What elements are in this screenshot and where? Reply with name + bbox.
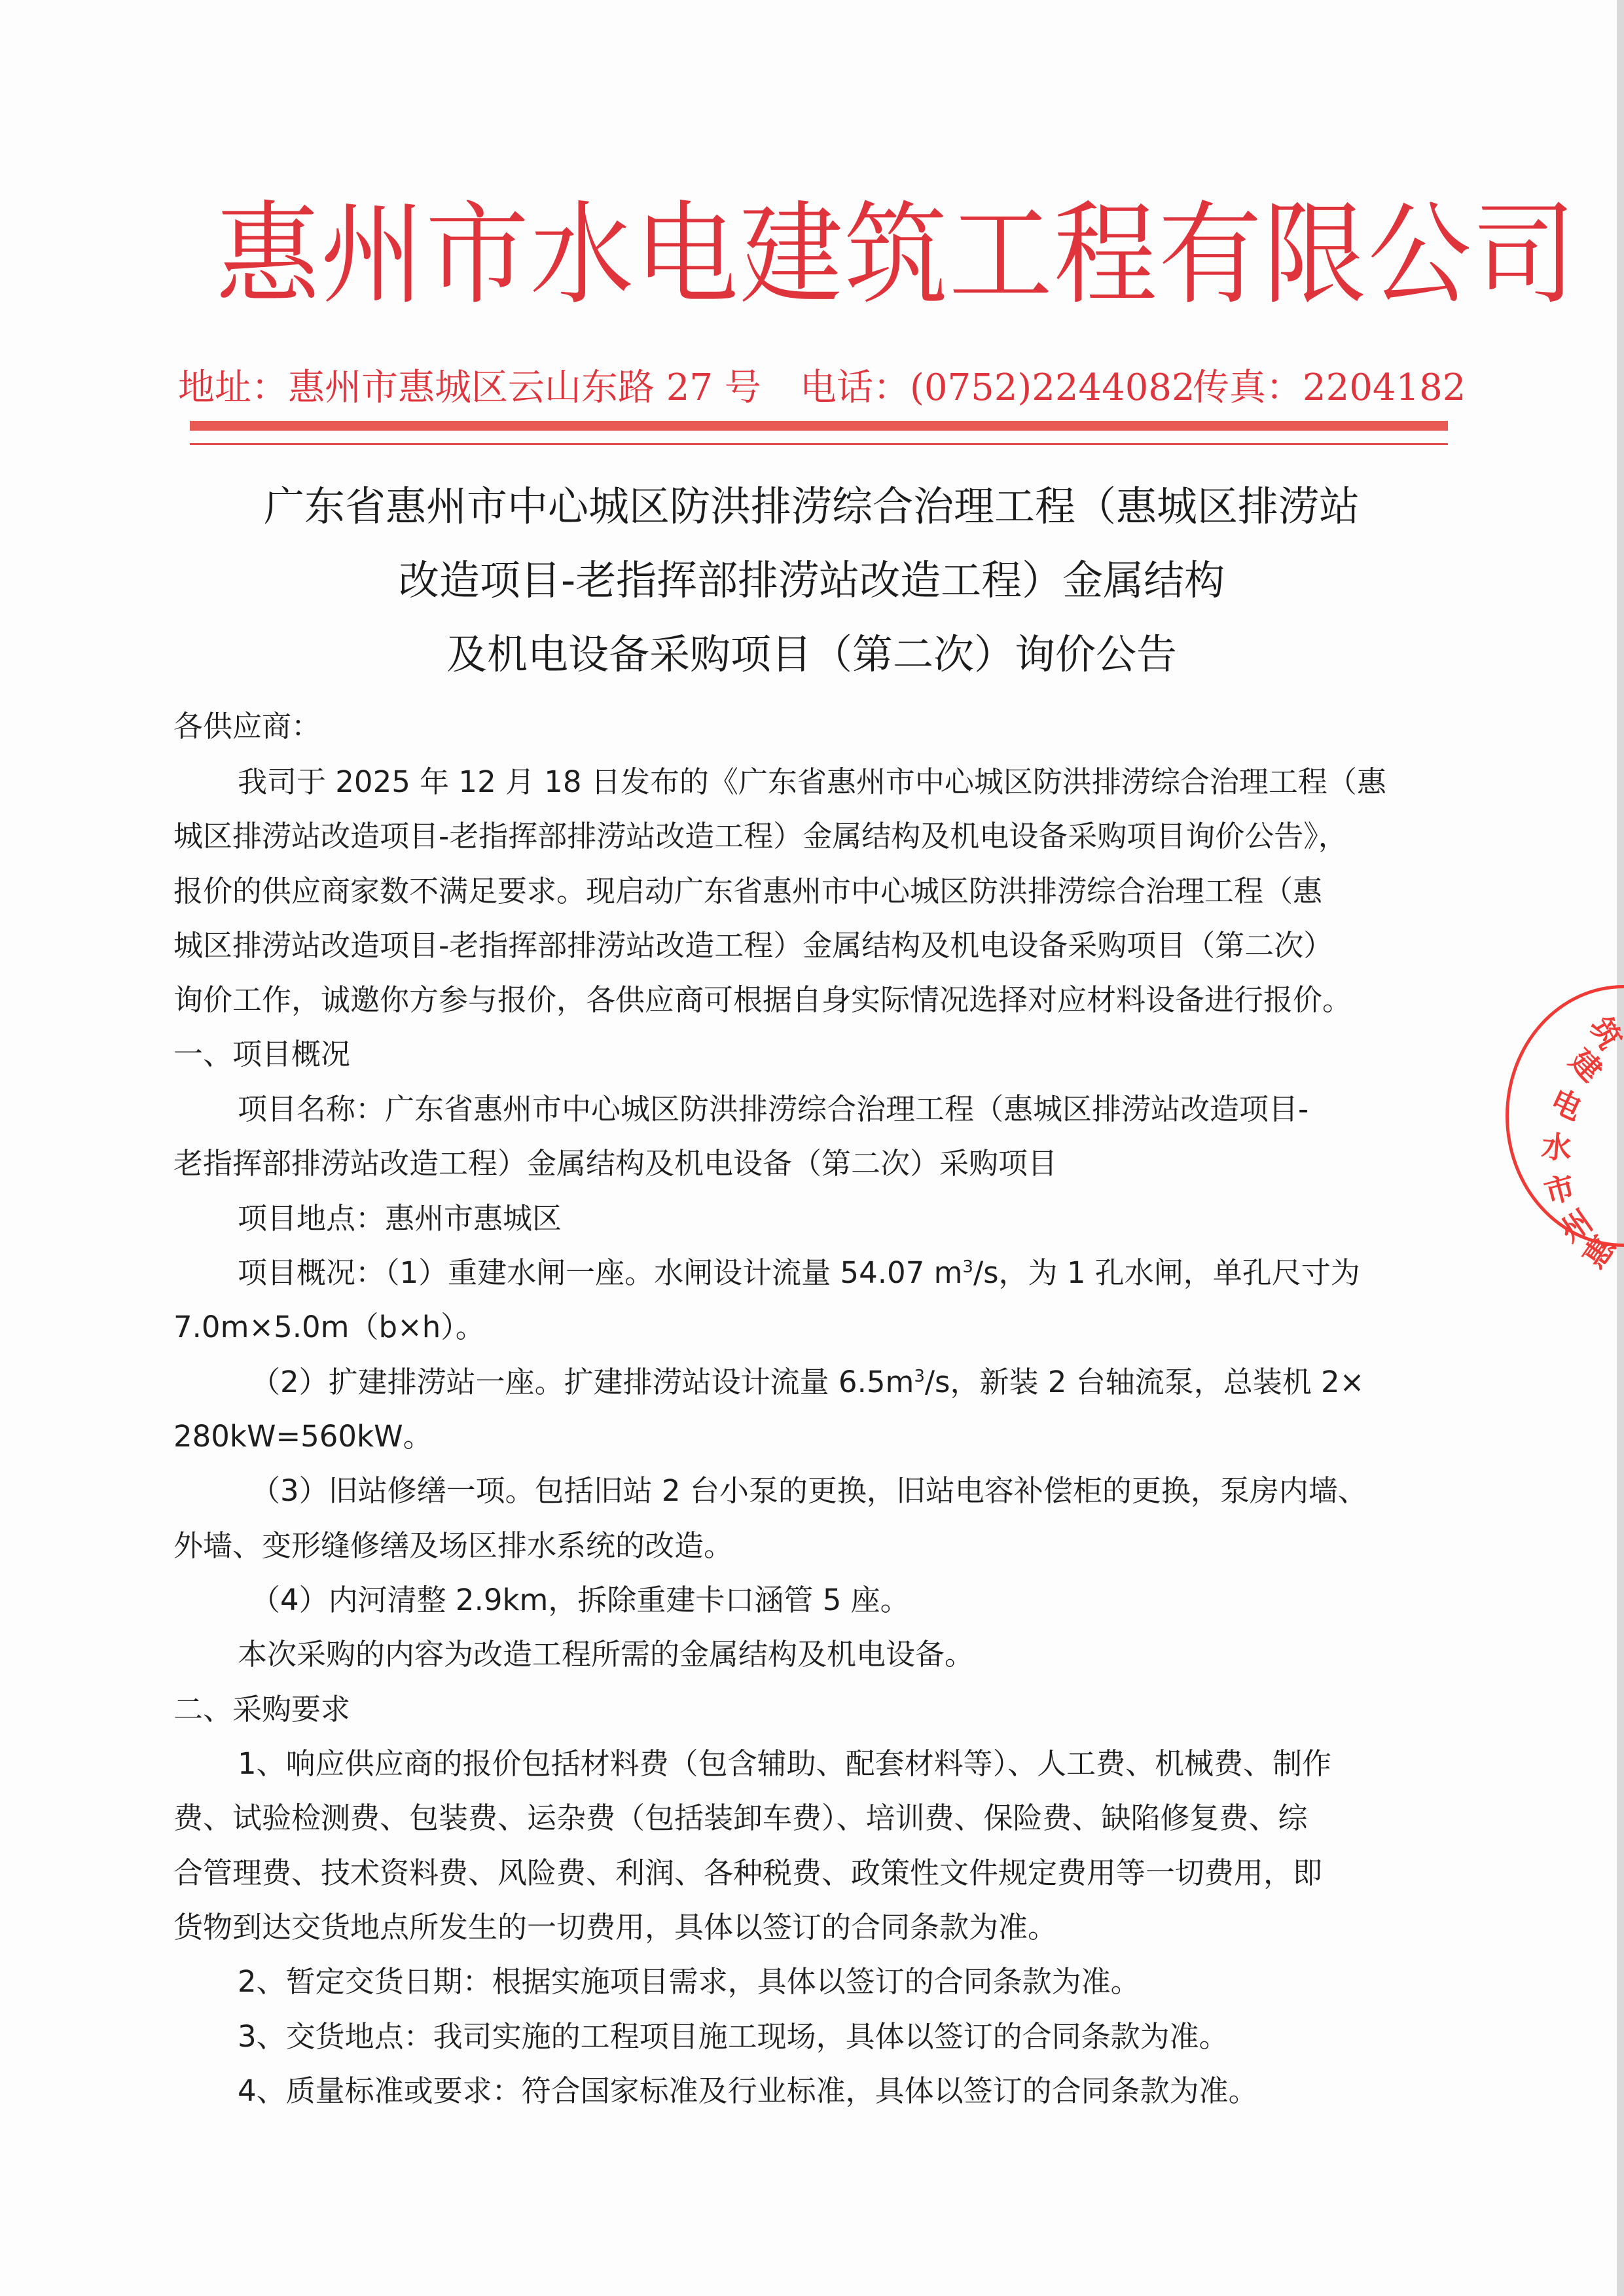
project-overview-1: 项目概况：（1）重建水闸一座。水闸设计流量 54.07 m3/s，为 1 孔水闸…: [173, 1250, 1456, 1296]
project-overview-4: （4）内河清整 2.9km，拆除重建卡口涵管 5 座。: [173, 1577, 1456, 1623]
project-overview-2-cont: 280kW=560kW。: [173, 1414, 1456, 1460]
superscript: 3: [914, 1367, 925, 1386]
superscript: 3: [962, 1257, 973, 1277]
section-heading-requirements: 二、采购要求: [173, 1687, 1456, 1732]
section-heading-overview: 一、项目概况: [173, 1031, 1456, 1077]
seal-char: 电: [1545, 1082, 1587, 1128]
overview-text: /s，新装 2 台轴流泵，总装机 2×: [925, 1365, 1365, 1399]
document-title-line-2: 改造项目-老指挥部排涝站改造工程）金属结构: [170, 554, 1453, 607]
requirement-1-line: 合管理费、技术资料费、风险费、利润、各种税费、政策性文件规定费用等一切费用，即: [173, 1850, 1456, 1896]
intro-line: 报价的供应商家数不满足要求。现启动广东省惠州市中心城区防洪排涝综合治理工程（惠: [173, 869, 1456, 914]
letterhead-rule-thick: [190, 421, 1448, 431]
document-title-line-1: 广东省惠州市中心城区防洪排涝综合治理工程（惠城区排涝站: [170, 480, 1453, 533]
project-location: 项目地点：惠州市惠城区: [173, 1196, 1456, 1242]
project-name-line: 项目名称：广东省惠州市中心城区防洪排涝综合治理工程（惠城区排涝站改造项目-: [173, 1086, 1456, 1132]
salutation: 各供应商：: [173, 704, 1456, 749]
overview-text: （2）扩建排涝站一座。扩建排涝站设计流量 6.5m: [251, 1365, 914, 1399]
seal-char: 水: [1540, 1128, 1574, 1167]
requirement-1-line: 1、响应供应商的报价包括材料费（包含辅助、配套材料等）、人工费、机械费、制作: [173, 1741, 1456, 1787]
requirement-1-line: 货物到达交货地点所发生的一切费用，具体以签订的合同条款为准。: [173, 1905, 1456, 1950]
company-name: 惠州市水电建筑工程有限公司: [216, 190, 1348, 321]
letterhead-contact: 地址：惠州市惠城区云山东路 27 号 电话：(0752)2244082 传真：2…: [178, 359, 1461, 418]
company-phone: 电话：(0752)2244082: [800, 359, 1195, 418]
requirement-3: 3、交货地点：我司实施的工程项目施工现场，具体以签订的合同条款为准。: [173, 2014, 1456, 2060]
intro-line: 城区排涝站改造项目-老指挥部排涝站改造工程）金属结构及机电设备采购项目（第二次）: [173, 923, 1456, 969]
requirement-4: 4、质量标准或要求：符合国家标准及行业标准，具体以签订的合同条款为准。: [173, 2068, 1456, 2114]
company-address: 地址：惠州市惠城区云山东路 27 号: [178, 359, 761, 418]
seal-text: 筑 建 电 水 市 州 惠: [1525, 1008, 1617, 1257]
company-fax: 传真：2204182: [1193, 359, 1466, 418]
intro-line: 城区排涝站改造项目-老指挥部排涝站改造工程）金属结构及机电设备采购项目询价公告》…: [173, 814, 1456, 859]
overview-text: 项目概况：（1）重建水闸一座。水闸设计流量 54.07 m: [238, 1255, 962, 1290]
procurement-scope: 本次采购的内容为改造工程所需的金属结构及机电设备。: [173, 1632, 1456, 1677]
project-overview-2: （2）扩建排涝站一座。扩建排涝站设计流量 6.5m3/s，新装 2 台轴流泵，总…: [173, 1359, 1456, 1405]
project-overview-3: （3）旧站修缮一项。包括旧站 2 台小泵的更换，旧站电容补偿柜的更换，泵房内墙、: [173, 1468, 1456, 1514]
intro-line: 我司于 2025 年 12 月 18 日发布的《广东省惠州市中心城区防洪排涝综合…: [173, 759, 1456, 805]
overview-text: /s，为 1 孔水闸，单孔尺寸为: [973, 1255, 1360, 1290]
requirement-1-line: 费、试验检测费、包装费、运杂费（包括装卸车费）、培训费、保险费、缺陷修复费、综: [173, 1795, 1456, 1841]
project-name-line: 老指挥部排涝站改造工程）金属结构及机电设备（第二次）采购项目: [173, 1141, 1456, 1187]
project-overview-1-cont: 7.0m×5.0m（b×h）。: [173, 1304, 1456, 1350]
project-overview-3-cont: 外墙、变形缝修缮及场区排水系统的改造。: [173, 1523, 1456, 1569]
document-title-line-3: 及机电设备采购项目（第二次）询价公告: [170, 628, 1453, 681]
intro-line: 询价工作，诚邀你方参与报价，各供应商可根据自身实际情况选择对应材料设备进行报价。: [173, 977, 1456, 1023]
requirement-2: 2、暂定交货日期：根据实施项目需求，具体以签订的合同条款为准。: [173, 1959, 1456, 2005]
letterhead-rule-thin: [190, 443, 1448, 445]
